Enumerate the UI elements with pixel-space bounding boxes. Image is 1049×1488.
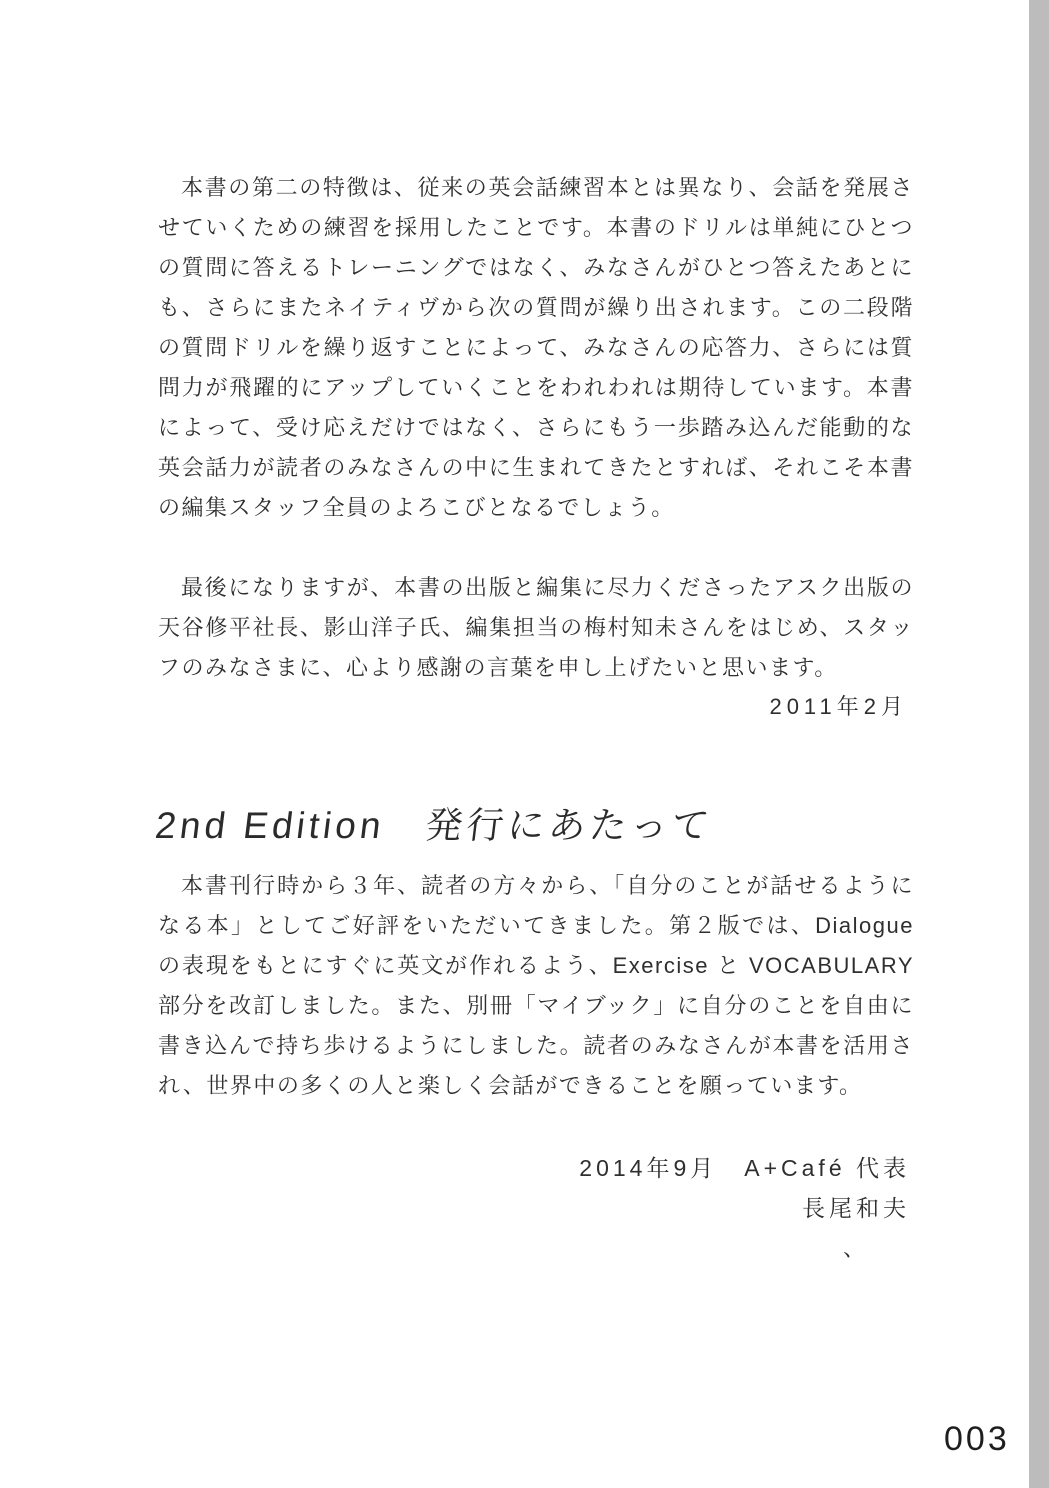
section-heading-2nd-edition: 2nd Edition 発行にあたって: [156, 795, 713, 849]
signature-author-name: 長尾和夫: [158, 1190, 910, 1223]
page-number: 003: [944, 1420, 1010, 1459]
scan-edge-strip: [1029, 0, 1049, 1488]
signature-stray-mark: 、: [843, 1232, 865, 1263]
paragraph-acknowledgements: 最後になりますが、本書の出版と編集に尽力くださったアスク出版の天谷修平社長、影山…: [158, 568, 914, 688]
book-page: 本書の第二の特徴は、従来の英会話練習本とは異なり、会話を発展させていくための練習…: [0, 0, 1049, 1488]
paragraph-second-feature: 本書の第二の特徴は、従来の英会話練習本とは異なり、会話を発展させていくための練習…: [158, 168, 914, 528]
section-heading-text: 2nd Edition 発行にあたって: [153, 795, 717, 849]
date-2011-february: 2011年2月: [158, 690, 908, 721]
signature-date-and-title: 2014年9月 A+Café 代表: [158, 1150, 910, 1183]
paragraph-2nd-edition-note: 本書刊行時から３年、読者の方々から、「自分のことが話せるようになる本」としてご好…: [158, 866, 914, 1106]
